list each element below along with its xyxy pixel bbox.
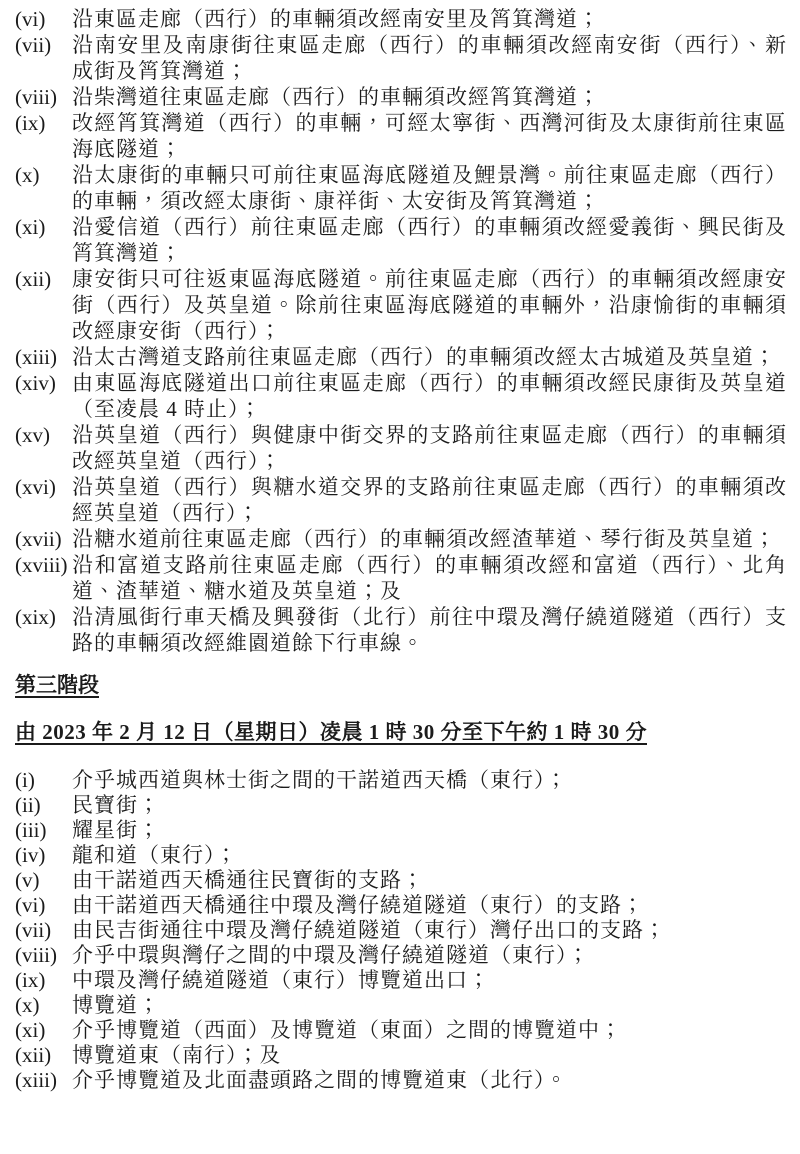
list-item: (xv) 沿英皇道（西行）與健康中街交界的支路前往東區走廊（西行）的車輛須改經英… [15,422,787,474]
item-number: (xi) [15,1018,45,1043]
list-item: (ii) 民寶街； [15,793,787,818]
item-number: (xiii) [15,1068,57,1093]
item-number: (xvii) [15,526,62,552]
item-text: 由民吉街通往中環及灣仔繞道隧道（東行）灣仔出口的支路； [72,918,666,942]
list-item: (x) 博覽道； [15,993,787,1018]
list-item: (iii) 耀星街； [15,818,787,843]
item-number: (x) [15,993,40,1018]
phase3-closure-list: (i) 介乎城西道與林士街之間的干諾道西天橋（東行）； (ii) 民寶街； (i… [15,768,787,1093]
item-text: 博覽道東（南行）；及 [72,1043,282,1067]
item-text: 介乎中環與灣仔之間的中環及灣仔繞道隧道（東行）； [72,943,590,967]
item-number: (xii) [15,266,51,292]
item-text: 沿太古灣道支路前往東區走廊（西行）的車輛須改經太古城道及英皇道； [72,345,776,369]
list-item: (ix) 改經筲箕灣道（西行）的車輛，可經太寧街、西灣河街及太康街前往東區海底隧… [15,110,787,162]
item-text: 改經筲箕灣道（西行）的車輛，可經太寧街、西灣河街及太康街前往東區海底隧道； [72,111,787,161]
list-item: (v) 由干諾道西天橋通往民寶街的支路； [15,868,787,893]
item-number: (xv) [15,422,50,448]
item-number: (vi) [15,893,45,918]
list-item: (xiii) 沿太古灣道支路前往東區走廊（西行）的車輛須改經太古城道及英皇道； [15,344,787,370]
list-item: (vi) 沿東區走廊（西行）的車輛須改經南安里及筲箕灣道； [15,6,787,32]
list-item: (xviii) 沿和富道支路前往東區走廊（西行）的車輛須改經和富道（西行）、北角… [15,552,787,604]
item-number: (v) [15,868,40,893]
list-item: (vii) 沿南安里及南康街往東區走廊（西行）的車輛須改經南安街（西行）、新成街… [15,32,787,84]
list-item: (xii) 康安街只可往返東區海底隧道。前往東區走廊（西行）的車輛須改經康安街（… [15,266,787,344]
item-text: 沿太康街的車輛只可前往東區海底隧道及鯉景灣。前往東區走廊（西行）的車輛，須改經太… [72,163,787,213]
item-number: (xviii) [15,552,68,578]
phase2-diversion-list: (vi) 沿東區走廊（西行）的車輛須改經南安里及筲箕灣道； (vii) 沿南安里… [15,6,787,656]
list-item: (i) 介乎城西道與林士街之間的干諾道西天橋（東行）； [15,768,787,793]
item-text: 沿清風街行車天橋及興發街（北行）前往中環及灣仔繞道隧道（西行）支路的車輛須改經維… [72,605,787,655]
list-item: (xi) 沿愛信道（西行）前往東區走廊（西行）的車輛須改經愛義街、興民街及筲箕灣… [15,214,787,266]
item-number: (xiii) [15,344,57,370]
phase3-date-text: 由 2023 年 2 月 12 日（星期日）凌晨 1 時 30 分至下午約 1 … [15,719,647,745]
item-text: 沿英皇道（西行）與健康中街交界的支路前往東區走廊（西行）的車輛須改經英皇道（西行… [72,423,787,473]
item-number: (iii) [15,818,47,843]
list-item: (vii) 由民吉街通往中環及灣仔繞道隧道（東行）灣仔出口的支路； [15,918,787,943]
item-text: 由干諾道西天橋通往中環及灣仔繞道隧道（東行）的支路； [72,893,644,917]
list-item: (iv) 龍和道（東行）； [15,843,787,868]
item-text: 由東區海底隧道出口前往東區走廊（西行）的車輛須改經民康街及英皇道（至凌晨 4 時… [72,371,787,421]
item-number: (ix) [15,968,45,993]
list-item: (x) 沿太康街的車輛只可前往東區海底隧道及鯉景灣。前往東區走廊（西行）的車輛，… [15,162,787,214]
list-item: (xiii) 介乎博覽道及北面盡頭路之間的博覽道東（北行）。 [15,1068,787,1093]
item-text: 沿和富道支路前往東區走廊（西行）的車輛須改經和富道（西行）、北角道、渣華道、糖水… [72,553,787,603]
item-number: (iv) [15,843,45,868]
phase3-heading: 第三階段 [15,672,787,698]
list-item: (xvii) 沿糖水道前往東區走廊（西行）的車輛須改經渣華道、琴行街及英皇道； [15,526,787,552]
item-number: (x) [15,162,40,188]
phase3-heading-text: 第三階段 [15,672,99,698]
list-item: (xii) 博覽道東（南行）；及 [15,1043,787,1068]
item-number: (vi) [15,6,45,32]
item-number: (ii) [15,793,41,818]
item-text: 博覽道； [72,993,160,1017]
item-text: 介乎城西道與林士街之間的干諾道西天橋（東行）； [72,768,568,792]
item-text: 民寶街； [72,793,160,817]
item-number: (xi) [15,214,45,240]
item-number: (viii) [15,943,57,968]
list-item: (xiv) 由東區海底隧道出口前往東區走廊（西行）的車輛須改經民康街及英皇道（至… [15,370,787,422]
item-text: 沿東區走廊（西行）的車輛須改經南安里及筲箕灣道； [72,7,600,31]
item-text: 沿愛信道（西行）前往東區走廊（西行）的車輛須改經愛義街、興民街及筲箕灣道； [72,215,787,265]
item-number: (vii) [15,32,51,58]
item-text: 沿南安里及南康街往東區走廊（西行）的車輛須改經南安街（西行）、新成街及筲箕灣道； [72,33,787,83]
item-number: (viii) [15,84,57,110]
list-item: (xix) 沿清風街行車天橋及興發街（北行）前往中環及灣仔繞道隧道（西行）支路的… [15,604,787,656]
item-text: 沿糖水道前往東區走廊（西行）的車輛須改經渣華道、琴行街及英皇道； [72,527,776,551]
item-number: (xix) [15,604,56,630]
item-text: 耀星街； [72,818,160,842]
list-item: (viii) 介乎中環與灣仔之間的中環及灣仔繞道隧道（東行）； [15,943,787,968]
item-text: 沿英皇道（西行）與糖水道交界的支路前往東區走廊（西行）的車輛須改經英皇道（西行）… [72,475,787,525]
list-item: (xi) 介乎博覽道（西面）及博覽道（東面）之間的博覽道中； [15,1018,787,1043]
item-text: 沿柴灣道往東區走廊（西行）的車輛須改經筲箕灣道； [72,85,600,109]
item-number: (vii) [15,918,51,943]
item-text: 中環及灣仔繞道隧道（東行）博覽道出口； [72,968,490,992]
item-number: (i) [15,768,35,793]
item-number: (xvi) [15,474,56,500]
item-number: (xiv) [15,370,56,396]
list-item: (viii) 沿柴灣道往東區走廊（西行）的車輛須改經筲箕灣道； [15,84,787,110]
list-item: (xvi) 沿英皇道（西行）與糖水道交界的支路前往東區走廊（西行）的車輛須改經英… [15,474,787,526]
phase3-date-line: 由 2023 年 2 月 12 日（星期日）凌晨 1 時 30 分至下午約 1 … [15,719,787,745]
item-text: 介乎博覽道及北面盡頭路之間的博覽道東（北行）。 [72,1068,568,1092]
list-item: (vi) 由干諾道西天橋通往中環及灣仔繞道隧道（東行）的支路； [15,893,787,918]
item-number: (ix) [15,110,45,136]
item-number: (xii) [15,1043,51,1068]
item-text: 介乎博覽道（西面）及博覽道（東面）之間的博覽道中； [72,1018,622,1042]
list-item: (ix) 中環及灣仔繞道隧道（東行）博覽道出口； [15,968,787,993]
item-text: 由干諾道西天橋通往民寶街的支路； [72,868,424,892]
item-text: 康安街只可往返東區海底隧道。前往東區走廊（西行）的車輛須改經康安街（西行）及英皇… [72,267,787,343]
item-text: 龍和道（東行）； [72,843,238,867]
document-page: (vi) 沿東區走廊（西行）的車輛須改經南安里及筲箕灣道； (vii) 沿南安里… [0,0,800,1154]
